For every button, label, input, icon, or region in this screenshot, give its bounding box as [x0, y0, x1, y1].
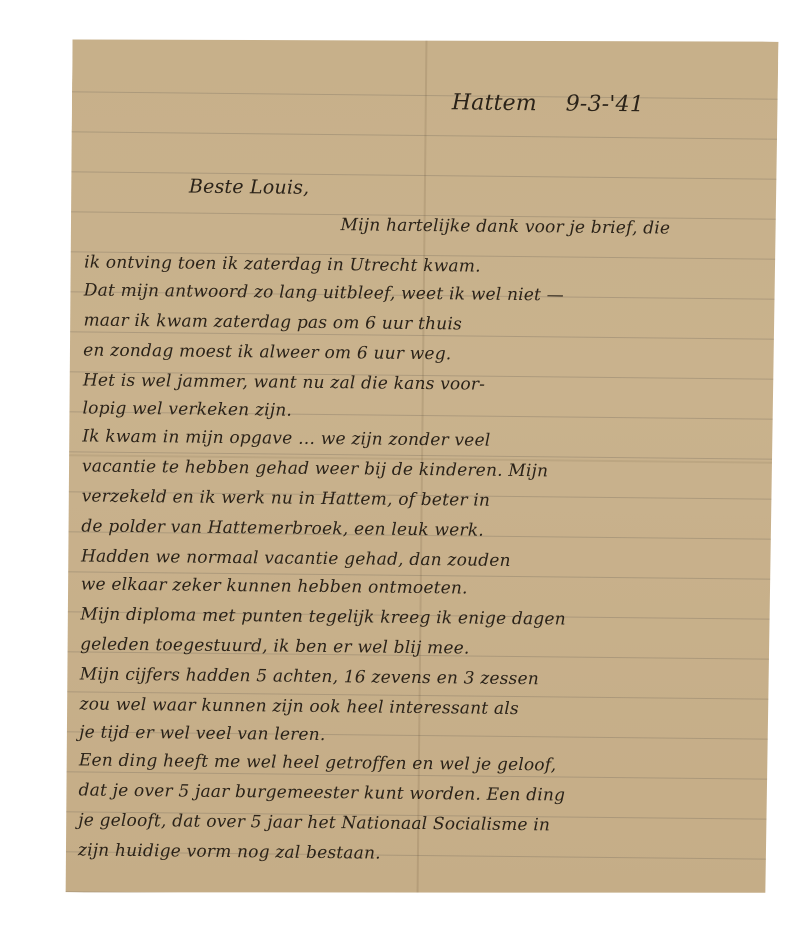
letter-date: 9-3-'41	[566, 91, 645, 117]
letter-line: en zondag moest ik alweer om 6 uur weg.	[83, 340, 451, 364]
letter-place: Hattem	[452, 90, 537, 116]
letter-line: Ik kwam in mijn opgave … we zijn zonder …	[82, 426, 490, 450]
letter-line: geleden toegestuurd, ik ben er wel blij …	[80, 634, 470, 658]
letter-line: zijn huidige vorm nog zal bestaan.	[78, 840, 381, 863]
letter-line: Het is wel jammer, want nu zal die kans …	[83, 370, 485, 394]
letter-salutation: Beste Louis,	[189, 176, 310, 199]
letter-paper: Hattem 9-3-'41 Beste Louis, Mijn harteli…	[64, 34, 779, 899]
letter-line: Mijn hartelijke dank voor je brief, die	[340, 215, 670, 238]
letter-line: maar ik kwam zaterdag pas om 6 uur thuis	[83, 310, 462, 334]
letter-line: lopig wel verkeken zijn.	[82, 398, 292, 420]
letter-line: de polder van Hattemerbroek, een leuk we…	[81, 516, 484, 540]
letter-line: verzekeld en ik werk nu in Hattem, of be…	[82, 486, 491, 510]
letter-line: we elkaar zeker kunnen hebben ontmoeten.	[81, 574, 468, 598]
letter-dateline: Hattem 9-3-'41	[452, 90, 644, 117]
letter-line: je tijd er wel veel van leren.	[79, 722, 326, 745]
letter-line: ik ontving toen ik zaterdag in Utrecht k…	[84, 252, 481, 276]
